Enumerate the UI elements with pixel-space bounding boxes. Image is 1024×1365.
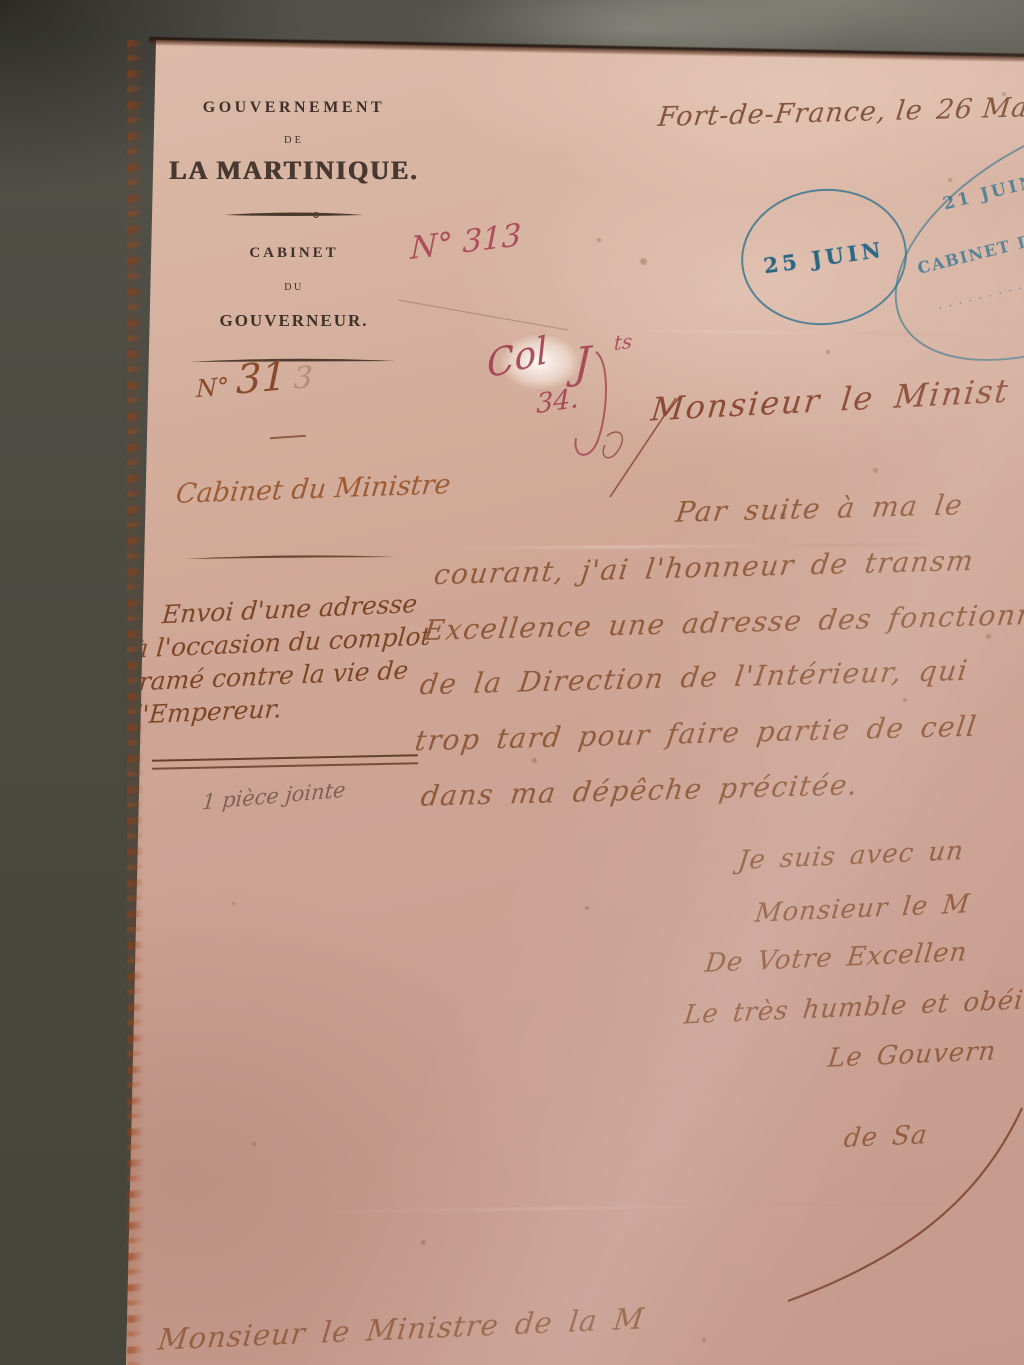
body-line: Excellence une adresse des fonctionn: [422, 598, 1024, 647]
closing-line: Le Gouvern: [826, 1036, 998, 1074]
foxing-spot: [1002, 92, 1006, 96]
divider-ornament-icon: [219, 209, 369, 221]
foxing-spot: [232, 902, 235, 905]
closing-line: Je suis avec un: [736, 836, 965, 876]
foxing-spot: [948, 178, 952, 182]
dateline-written-date: 26 Mai: [935, 92, 1024, 126]
body-line: courant, j'ai l'honneur de transm: [432, 544, 977, 591]
blue-date-stamp-text: 25 JUIN: [762, 236, 886, 278]
foxing-spot: [903, 698, 907, 702]
body-line: trop tard pour faire partie de cell: [413, 710, 979, 758]
foxing-spot: [826, 350, 830, 354]
letterhead-de: DE: [158, 135, 430, 146]
closing-line: De Votre Excellen: [703, 937, 969, 979]
foxing-spot: [702, 1338, 706, 1342]
blue-date-stamp: 25 JUIN: [734, 181, 913, 334]
registration-underline: [270, 435, 306, 440]
registration-number-prefix: N°: [196, 372, 229, 403]
foxing-spot: [780, 512, 786, 518]
red-col-annotation: Col: [485, 328, 549, 387]
footer-address-line: Monsieur le Ministre de la M: [156, 1301, 646, 1356]
flourish-rule-icon: [183, 551, 398, 563]
foxing-spot: [597, 238, 601, 242]
closing-line: Monsieur le M: [753, 889, 971, 929]
letterhead-martinique: LA MARTINIQUE.: [158, 156, 430, 186]
dateline: Fort-de-France, le26 Mai: [656, 92, 1024, 133]
dateline-printed: Fort-de-France, le: [656, 95, 924, 133]
red-col-letter: J: [573, 337, 591, 388]
closing-line: de Sa: [842, 1120, 929, 1154]
letterhead-du: DU: [158, 282, 430, 293]
foxing-spot: [585, 906, 589, 910]
document-paper: GOUVERNEMENT DE LA MARTINIQUE. CABINET D…: [0, 0, 1024, 1365]
foxing-spot: [532, 758, 537, 763]
foxing-spot: [640, 258, 647, 265]
squiggle-stroke: [603, 432, 622, 458]
salutation: Monsieur le Minist: [649, 371, 1011, 428]
letterhead-government: GOUVERNEMENT: [158, 99, 430, 117]
foxing-spot: [421, 1240, 426, 1245]
red-col-superscript: ts: [614, 329, 633, 355]
body-line: dans ma dépêche précitée.: [419, 768, 861, 813]
letterhead-gouverneur: GOUVERNEUR.: [158, 311, 430, 331]
office-heading: Cabinet du Ministre: [174, 469, 452, 510]
attachment-note: 1 pièce jointe: [201, 778, 346, 815]
double-rule: [152, 754, 418, 770]
foxing-spot: [252, 1142, 256, 1146]
registration-number-faded-digit: 3: [293, 360, 313, 397]
registration-number-value: 31: [236, 353, 288, 404]
paper-crease: [300, 1201, 1024, 1213]
letterhead-cabinet: CABINET: [158, 245, 430, 262]
framed-document-photo: GOUVERNEMENT DE LA MARTINIQUE. CABINET D…: [0, 0, 1024, 1365]
closing-line: Le très humble et obéi: [682, 986, 1024, 1031]
body-line: de la Direction de l'Intérieur, qui: [418, 654, 971, 701]
red-col-number: 34.: [536, 383, 579, 420]
foxing-spot: [873, 468, 878, 473]
rust-left-edge: [127, 40, 144, 1365]
body-line: Par suite à ma le: [674, 488, 966, 529]
margin-summary: Envoi d'une adresse à l'occasion du comp…: [125, 584, 485, 732]
foxing-spot: [986, 634, 991, 639]
